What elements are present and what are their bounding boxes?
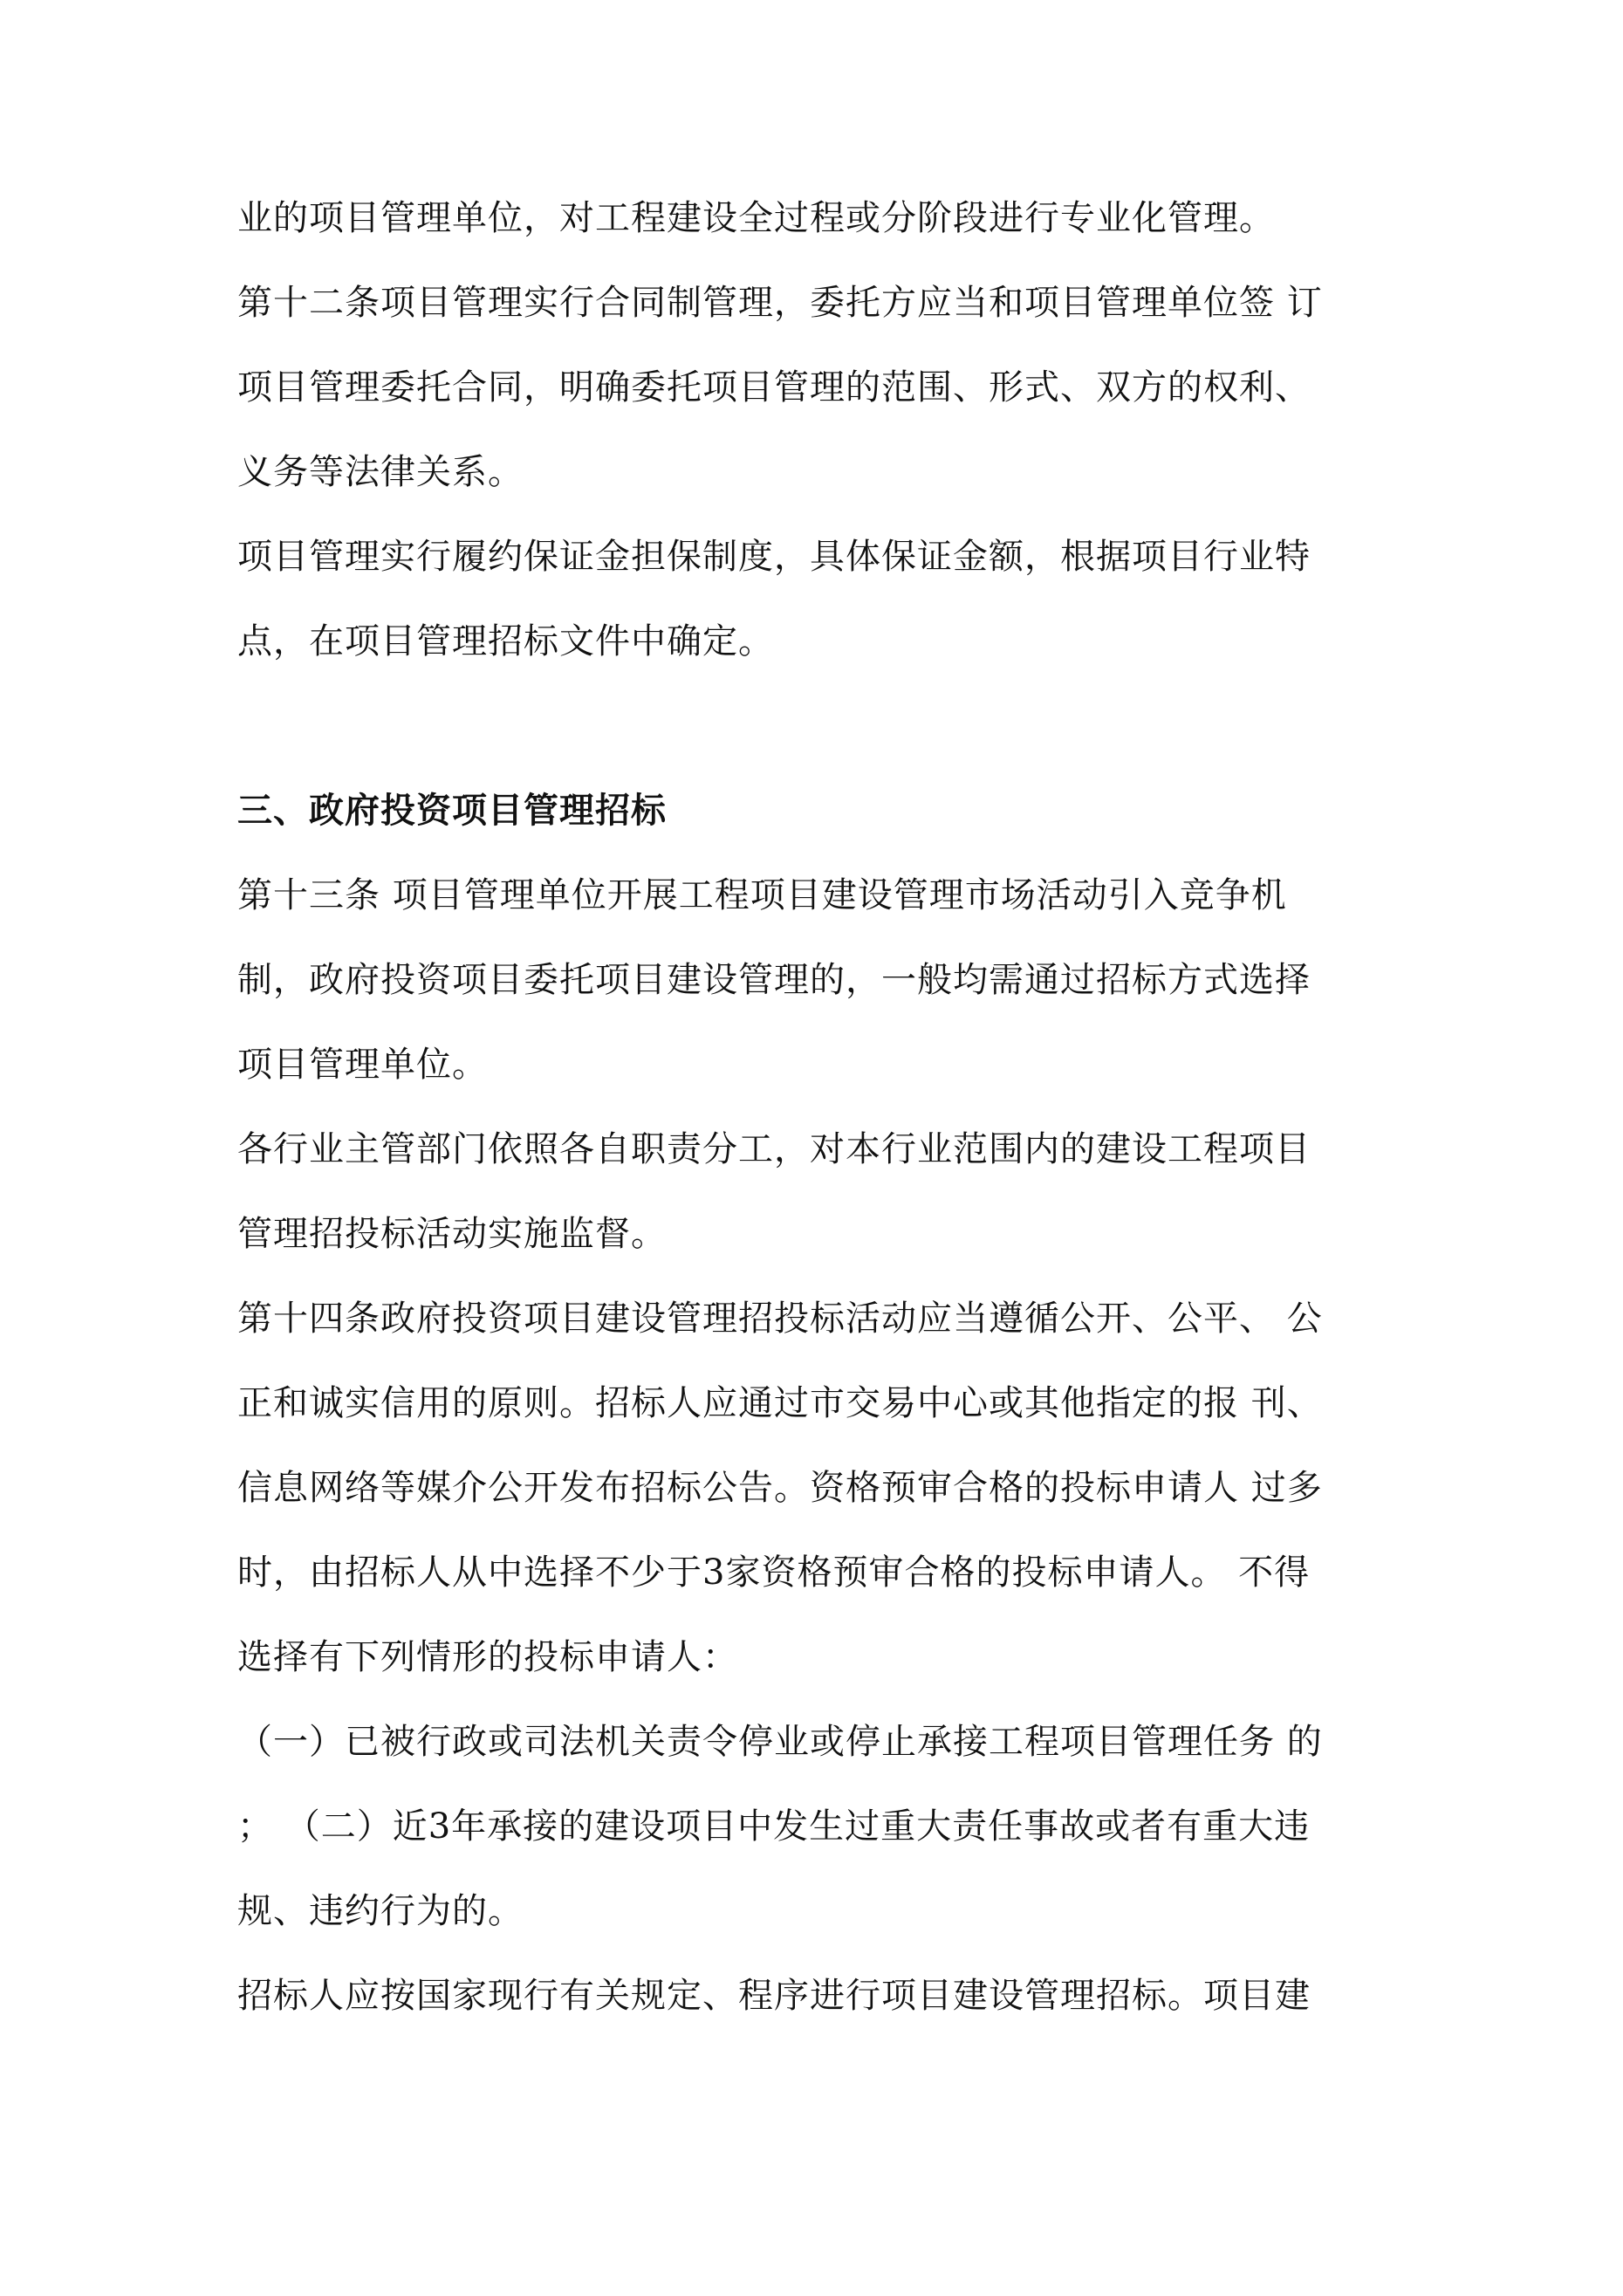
paragraph-line: 义务等法律关系。 [237, 451, 524, 493]
paragraph-line: 管理招投标活动实施监督。 [237, 1213, 667, 1255]
paragraph-line: 第十三条 项目管理单位开展工程项目建设管理市场活动引入竞争机 [237, 874, 1287, 916]
paragraph-line: 招标人应按国家现行有关规定、程序进行项目建设管理招标。项目建 [237, 1975, 1311, 2017]
paragraph-line: 选择有下列情形的投标申请人： [237, 1636, 738, 1678]
paragraph-line: 项目管理实行履约保证金担保制度，具体保证金额，根据项目行业特 [237, 536, 1311, 578]
paragraph-line: 第十四条政府投资项目建设管理招投标活动应当遵循公开、公平、 公 [237, 1298, 1323, 1340]
paragraph-line: 第十二条项目管理实行合同制管理，委托方应当和项目管理单位签 订 [237, 282, 1323, 324]
list-item: ； （二）近3年承接的建设项目中发生过重大责任事故或者有重大违 [237, 1806, 1310, 1847]
paragraph-line: 业的项目管理单位，对工程建设全过程或分阶段进行专业化管理。 [237, 197, 1275, 239]
paragraph-line: 点，在项目管理招标文件中确定。 [237, 620, 774, 662]
list-item: （一）已被行政或司法机关责令停业或停止承接工程项目管理任务 的 [237, 1721, 1323, 1763]
paragraph-line: 项目管理委托合同，明确委托项目管理的范围、形式、双方的权利、 [237, 367, 1311, 408]
paragraph-line: 各行业主管部门依照各自职责分工，对本行业范围内的建设工程项目 [237, 1128, 1311, 1170]
paragraph-line: 时，由招标人从中选择不少于3家资格预审合格的投标申请人。 不得 [237, 1552, 1310, 1593]
section-heading: 三、政府投资项目管理招标 [237, 790, 667, 832]
paragraph-line: 项目管理单位。 [237, 1044, 488, 1086]
paragraph-line: 制，政府投资项目委托项目建设管理的，一般均需通过招标方式选择 [237, 959, 1311, 1001]
paragraph-line: 信息网络等媒介公开发布招标公告。资格预审合格的投标申请人 过多 [237, 1467, 1323, 1509]
paragraph-line: 规、违约行为的。 [237, 1890, 524, 1932]
paragraph-line: 正和诚实信用的原则。招标人应通过市交易中心或其他指定的报 刊、 [237, 1382, 1323, 1424]
